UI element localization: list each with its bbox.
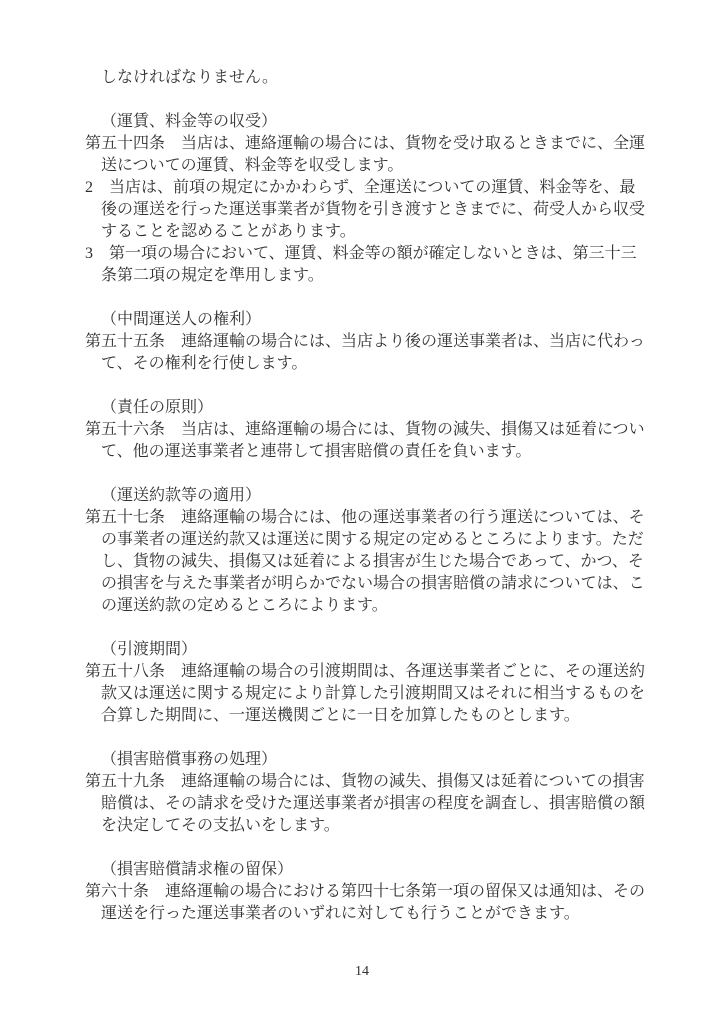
section-heading: （中間運送人の権利） [85, 309, 660, 331]
section-heading: （運送約款等の適用） [85, 485, 660, 507]
text-line: の運送約款の定めるところによります。 [85, 595, 660, 617]
text-line: 第五十四条 当店は、連絡運輸の場合には、貨物を受け取るときまでに、全運 [85, 133, 660, 155]
page-number: 14 [0, 962, 724, 982]
text-line: 第五十八条 連絡運輸の場合の引渡期間は、各運送事業者ごとに、その運送約 [85, 661, 660, 683]
text-line: 第五十九条 連絡運輸の場合には、貨物の減失、損傷又は延着についての損害 [85, 771, 660, 793]
text-line: 第五十七条 連絡運輸の場合には、他の運送事業者の行う運送については、そ [85, 507, 660, 529]
section-heading: （運賃、料金等の収受） [85, 111, 660, 133]
text-line: することを認めることがあります。 [85, 221, 660, 243]
text-line: 款又は運送に関する規定により計算した引渡期間又はそれに相当するものを [85, 683, 660, 705]
document-page: しなければなりません。（運賃、料金等の収受）第五十四条 当店は、連絡運輸の場合に… [0, 0, 724, 1024]
text-line: 3 第一項の場合において、運賃、料金等の額が確定しないときは、第三十三 [85, 243, 660, 265]
text-line: 運送を行った運送事業者のいずれに対しても行うことができます。 [85, 903, 660, 925]
text-line: 第六十条 連絡運輸の場合における第四十七条第一項の留保又は通知は、その [85, 881, 660, 903]
text-line: し、貨物の減失、損傷又は延着による損害が生じた場合であって、かつ、そ [85, 551, 660, 573]
section-heading: （損害賠償請求権の留保） [85, 859, 660, 881]
text-line: の事業者の運送約款又は運送に関する規定の定めるところによります。ただ [85, 529, 660, 551]
text-line: 2 当店は、前項の規定にかかわらず、全運送についての運賃、料金等を、最 [85, 177, 660, 199]
text-line: 条第二項の規定を準用します。 [85, 265, 660, 287]
text-line: 第五十六条 当店は、連絡運輸の場合には、貨物の減失、損傷又は延着につい [85, 419, 660, 441]
text-line: を決定してその支払いをします。 [85, 815, 660, 837]
text-line: の損害を与えた事業者が明らかでない場合の損害賠償の請求については、こ [85, 573, 660, 595]
section-heading: （損害賠償事務の処理） [85, 749, 660, 771]
text-line: て、その権利を行使します。 [85, 353, 660, 375]
section-heading: （責任の原則） [85, 397, 660, 419]
section-heading: （引渡期間） [85, 639, 660, 661]
document-content: しなければなりません。（運賃、料金等の収受）第五十四条 当店は、連絡運輸の場合に… [85, 67, 660, 925]
text-line: 第五十五条 連絡運輸の場合には、当店より後の運送事業者は、当店に代わっ [85, 331, 660, 353]
text-line: 後の運送を行った運送事業者が貨物を引き渡すときまでに、荷受人から収受 [85, 199, 660, 221]
text-line: 送についての運賃、料金等を収受します。 [85, 155, 660, 177]
continuation-line: しなければなりません。 [85, 67, 660, 89]
text-line: 合算した期間に、一運送機関ごとに一日を加算したものとします。 [85, 705, 660, 727]
text-line: て、他の運送事業者と連帯して損害賠償の責任を負います。 [85, 441, 660, 463]
text-line: 賠償は、その請求を受けた運送事業者が損害の程度を調査し、損害賠償の額 [85, 793, 660, 815]
